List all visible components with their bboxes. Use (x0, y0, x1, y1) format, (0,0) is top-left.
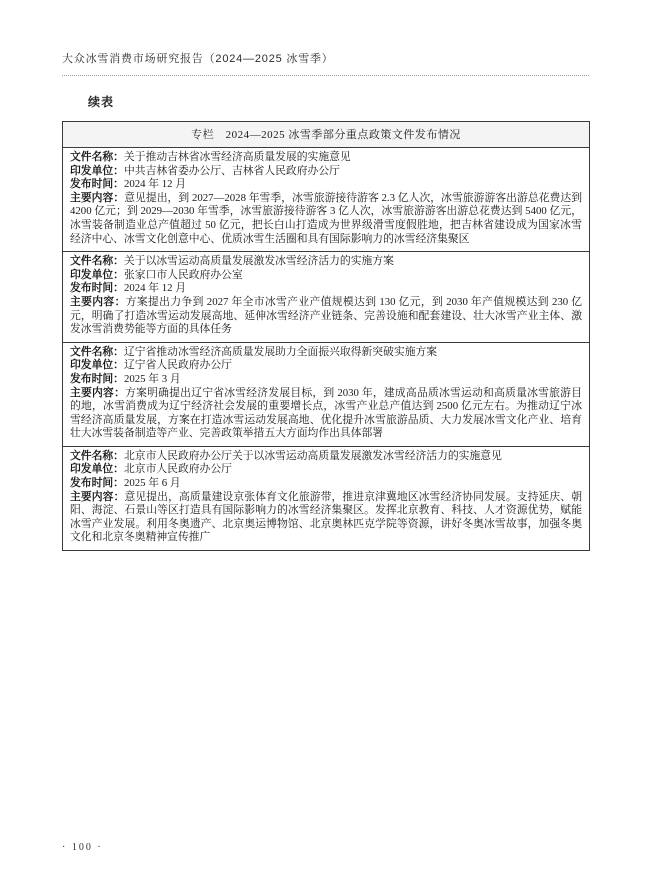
report-title: 大众冰雪消费市场研究报告（2024—2025 冰雪季） (62, 53, 334, 65)
policy-row-zhangjiakou: 文件名称：关于以冰雪运动高质量发展激发冰雪经济活力的实施方案 印发单位：张家口市… (63, 251, 589, 342)
issuer-label: 印发单位： (70, 359, 124, 371)
file-name-value: 辽宁省推动冰雪经济高质量发展助力全面振兴取得新突破实施方案 (124, 346, 437, 358)
issuer-field: 印发单位：北京市人民政府办公厅 (70, 463, 582, 477)
publish-date-value: 2024 年 12 月 (124, 178, 186, 190)
issuer-value: 张家口市人民政府办公室 (124, 269, 243, 281)
main-content-field: 主要内容：意见提出，高质量建设京张体育文化旅游带，推进京津冀地区冰雪经济协同发展… (70, 491, 582, 545)
file-name-label: 文件名称： (70, 151, 124, 163)
table-title: 专栏 2024—2025 冰雪季部分重点政策文件发布情况 (63, 122, 589, 147)
file-name-value: 关于推动吉林省冰雪经济高质量发展的实施意见 (124, 151, 351, 163)
issuer-field: 印发单位：中共吉林省委办公厅、吉林省人民政府办公厅 (70, 165, 582, 179)
issuer-label: 印发单位： (70, 463, 124, 475)
issuer-label: 印发单位： (70, 165, 124, 177)
issuer-value: 北京市人民政府办公厅 (124, 463, 232, 475)
main-content-label: 主要内容： (70, 387, 125, 399)
main-content-value: 意见提出，高质量建设京张体育文化旅游带，推进京津冀地区冰雪经济协同发展。支持延庆… (70, 491, 582, 544)
issuer-label: 印发单位： (70, 269, 124, 281)
issuer-value: 中共吉林省委办公厅、吉林省人民政府办公厅 (124, 165, 340, 177)
main-content-field: 主要内容：方案提出力争到 2027 年全市冰雪产业产值规模达到 130 亿元，到… (70, 296, 582, 337)
publish-date-label: 发布时间： (70, 282, 124, 294)
report-running-header: 大众冰雪消费市场研究报告（2024—2025 冰雪季） (62, 50, 589, 76)
publish-date-field: 发布时间：2025 年 6 月 (70, 477, 582, 491)
issuer-field: 印发单位：辽宁省人民政府办公厅 (70, 359, 582, 373)
issuer-field: 印发单位：张家口市人民政府办公室 (70, 269, 582, 283)
publish-date-value: 2024 年 12 月 (124, 282, 186, 294)
publish-date-field: 发布时间：2024 年 12 月 (70, 282, 582, 296)
publish-date-label: 发布时间： (70, 178, 124, 190)
main-content-value: 意见提出，到 2027—2028 年雪季，冰雪旅游接待游客 2.3 亿人次，冰雪… (70, 192, 582, 245)
main-content-value: 方案提出力争到 2027 年全市冰雪产业产值规模达到 130 亿元，到 2030… (70, 296, 582, 335)
main-content-field: 主要内容：方案明确提出辽宁省冰雪经济发展目标，到 2030 年，建成高品质冰雪运… (70, 387, 582, 441)
publish-date-field: 发布时间：2025 年 3 月 (70, 373, 582, 387)
publish-date-field: 发布时间：2024 年 12 月 (70, 178, 582, 192)
page-number: · 100 · (62, 842, 103, 853)
main-content-label: 主要内容： (70, 491, 124, 503)
file-name-field: 文件名称：关于以冰雪运动高质量发展激发冰雪经济活力的实施方案 (70, 255, 582, 269)
policy-row-liaoning: 文件名称：辽宁省推动冰雪经济高质量发展助力全面振兴取得新突破实施方案 印发单位：… (63, 342, 589, 446)
publish-date-label: 发布时间： (70, 373, 124, 385)
file-name-field: 文件名称：辽宁省推动冰雪经济高质量发展助力全面振兴取得新突破实施方案 (70, 346, 582, 360)
file-name-field: 文件名称：关于推动吉林省冰雪经济高质量发展的实施意见 (70, 151, 582, 165)
main-content-label: 主要内容： (70, 296, 126, 308)
file-name-label: 文件名称： (70, 255, 124, 267)
publish-date-value: 2025 年 3 月 (124, 373, 181, 385)
policy-row-jilin: 文件名称：关于推动吉林省冰雪经济高质量发展的实施意见 印发单位：中共吉林省委办公… (63, 147, 589, 251)
main-content-field: 主要内容：意见提出，到 2027—2028 年雪季，冰雪旅游接待游客 2.3 亿… (70, 192, 582, 246)
main-content-label: 主要内容： (70, 192, 124, 204)
main-content-value: 方案明确提出辽宁省冰雪经济发展目标，到 2030 年，建成高品质冰雪运动和高质量… (70, 387, 582, 440)
continued-table-label: 续表 (88, 93, 114, 110)
issuer-value: 辽宁省人民政府办公厅 (124, 359, 232, 371)
policy-table: 专栏 2024—2025 冰雪季部分重点政策文件发布情况 文件名称：关于推动吉林… (62, 121, 590, 551)
publish-date-value: 2025 年 6 月 (124, 477, 181, 489)
policy-row-beijing: 文件名称：北京市人民政府办公厅关于以冰雪运动高质量发展激发冰雪经济活力的实施意见… (63, 446, 589, 550)
file-name-value: 北京市人民政府办公厅关于以冰雪运动高质量发展激发冰雪经济活力的实施意见 (124, 450, 502, 462)
file-name-value: 关于以冰雪运动高质量发展激发冰雪经济活力的实施方案 (124, 255, 394, 267)
file-name-field: 文件名称：北京市人民政府办公厅关于以冰雪运动高质量发展激发冰雪经济活力的实施意见 (70, 450, 582, 464)
file-name-label: 文件名称： (70, 346, 124, 358)
file-name-label: 文件名称： (70, 450, 124, 462)
publish-date-label: 发布时间： (70, 477, 124, 489)
